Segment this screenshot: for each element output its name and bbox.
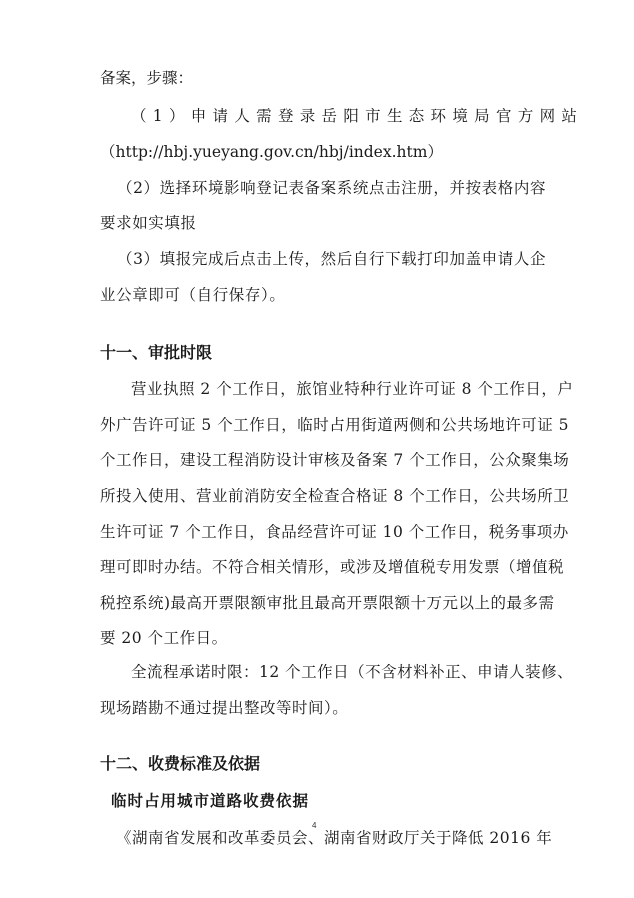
document-page: 备案，步骤： （1）申请人需登录岳阳市生态环境局官方网站 （http://hbj… [0,0,634,898]
step-1-line-1: （1）申请人需登录岳阳市生态环境局官方网站 [131,106,583,126]
step-2-line-1: （2）选择环境影响登记表备案系统点击注册，并按表格内容 [117,178,546,198]
step-3-line-1: （3）填报完成后点击上传，然后自行下载打印加盖申请人企 [117,249,546,269]
section-12-heading: 十二、收费标准及依据 [100,754,260,774]
section-11-para1-line-6: 理可即时办结。不符合相关情形，或涉及增值税专用发票（增值税 [100,557,564,577]
section-11-para1-line-7: 税控系统)最高开票限额审批且最高开票限额十万元以上的最多需 [100,593,555,613]
section-12-para-line-1: 《湖南省发展和改革委员会、湖南省财政厅关于降低 2016 年 [116,828,552,848]
section-11-para2-line-1: 全流程承诺时限：12 个工作日（不含材料补正、申请人装修、 [131,662,573,682]
section-11-para1-line-1: 营业执照 2 个工作日，旅馆业特种行业许可证 8 个工作日，户 [131,379,573,399]
page-number: 4 [312,821,316,830]
section-11-heading: 十一、审批时限 [100,343,212,363]
section-11-para1-line-2: 外广告许可证 5 个工作日，临时占用街道两侧和公共场地许可证 5 [100,415,569,435]
step-2-line-2: 要求如实填报 [100,213,197,233]
section-11-para1-line-8: 要 20 个工作日。 [100,628,228,648]
intro-lead: 备案，步骤： [100,68,193,88]
section-12-subheading: 临时占用城市道路收费依据 [111,791,309,811]
section-11-para1-line-3: 个工作日，建设工程消防设计审核及备案 7 个工作日，公众聚集场 [100,450,569,470]
section-11-para2-line-2: 现场踏勘不通过提出整改等时间）。 [100,698,348,718]
step-1-line-2-url: （http://hbj.yueyang.gov.cn/hbj/index.htm… [100,142,443,162]
step-3-line-2: 业公章即可（自行保存）。 [100,285,285,305]
section-11-para1-line-4: 所投入使用、营业前消防安全检查合格证 8 个工作日，公共场所卫 [100,486,569,506]
section-11-para1-line-5: 生许可证 7 个工作日，食品经营许可证 10 个工作日，税务事项办 [100,522,569,542]
